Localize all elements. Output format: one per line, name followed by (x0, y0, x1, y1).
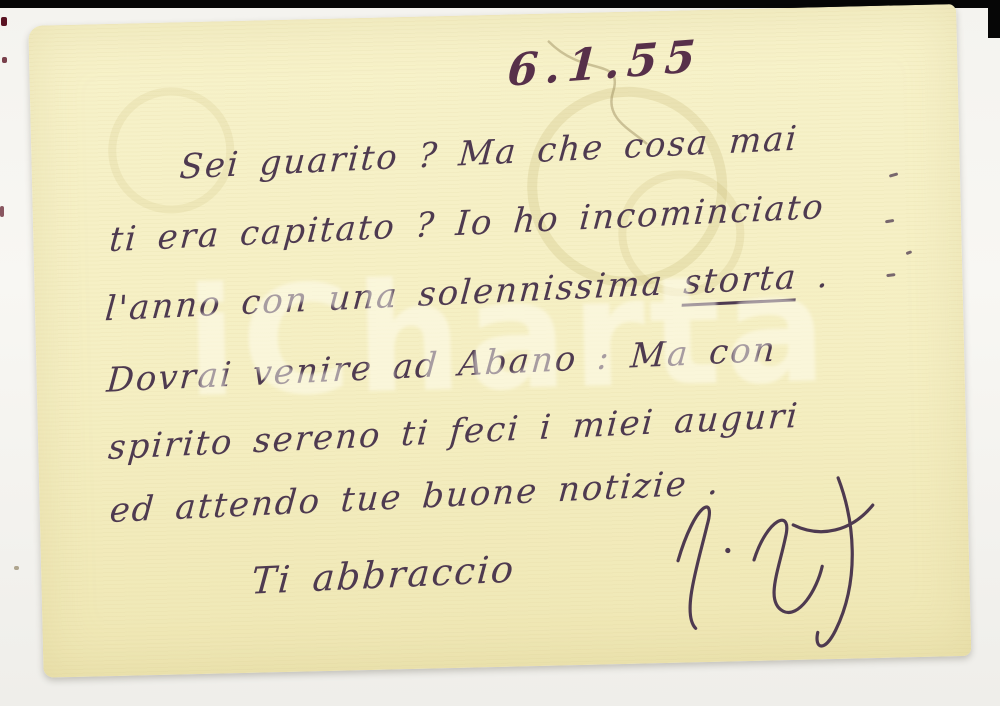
ink-speck (885, 219, 894, 223)
scan-artifact-mark (0, 206, 4, 217)
handwriting-line-6: ed attendo tue buone notizie . (108, 463, 722, 531)
underlined-word: storta (682, 257, 799, 306)
scan-artifact-mark (2, 57, 7, 63)
scan-black-corner (988, 0, 1000, 38)
closing-line: Ti abbraccio (250, 547, 517, 602)
signature-flourish (634, 461, 889, 667)
scan-artifact-mark (14, 566, 19, 570)
scan-artifact-mark (1, 17, 7, 26)
handwriting-line-4: Dovrai venire ad Abano : Ma con (105, 330, 778, 401)
ink-speck (889, 172, 898, 177)
postcard: 6.1.55 Sei guarito ? Ma che cosa mai ti … (28, 4, 971, 678)
ink-speck (886, 273, 895, 277)
handwriting-line-5: spirito sereno ti feci i miei auguri (107, 396, 801, 468)
handwriting-line-3: l'anno con una solennissima storta . (104, 256, 832, 330)
line3-pre: l'anno con una solennissima (104, 262, 686, 329)
line3-post: . (796, 256, 832, 298)
ink-speck (906, 250, 912, 255)
